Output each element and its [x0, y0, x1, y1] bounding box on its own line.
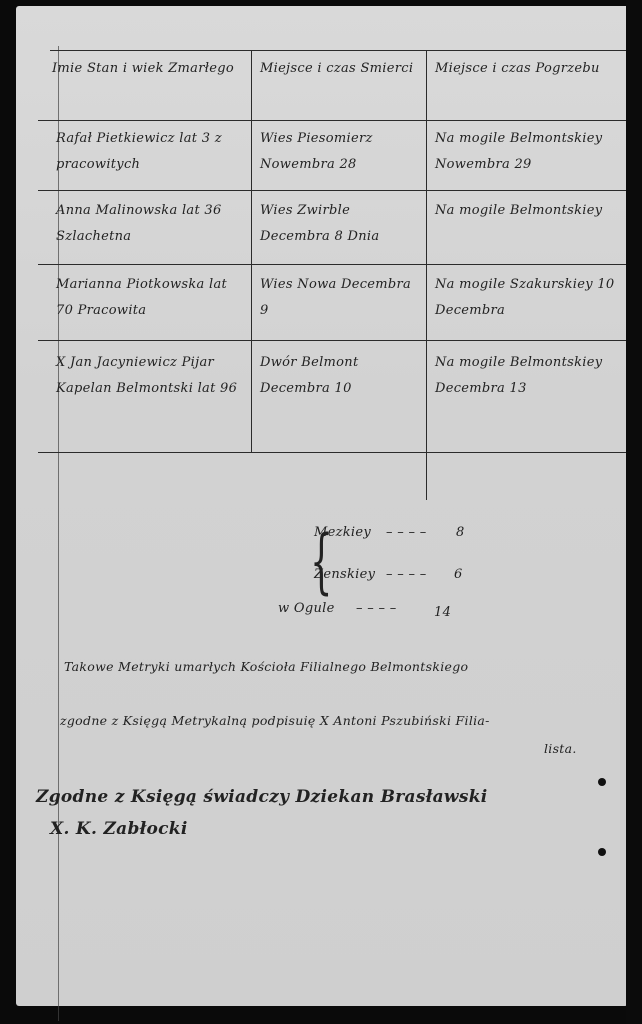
row1-death: Wies Piesomierz Nowembra 28	[254, 124, 426, 180]
certification-line2: zgodne z Księgą Metrykalną podpisuię X A…	[60, 708, 490, 734]
row3-name: Marianna Piotkowska lat 70 Pracowita	[50, 270, 250, 326]
margin-rule	[58, 46, 59, 1021]
binding-hole-bottom	[598, 848, 606, 856]
row4-bottom-rule	[38, 452, 628, 453]
female-count: 6	[454, 562, 463, 588]
header-bottom-rule	[38, 120, 628, 121]
row4-death: Dwór Belmont Decembra 10	[254, 348, 426, 404]
male-count: 8	[456, 520, 465, 546]
row2-name: Anna Malinowska lat 36 Szlachetna	[50, 196, 250, 252]
female-label: Zenskiey	[314, 562, 375, 588]
row2-burial: Na mogile Belmontskiey	[429, 196, 625, 226]
header-name: Imie Stan i wiek Zmarłego	[46, 54, 251, 84]
male-leader: – – – –	[386, 520, 427, 546]
certification-line1: Takowe Metryki umarłych Kościoła Filialn…	[64, 654, 468, 680]
row1-name: Rafał Pietkiewicz lat 3 z pracowitych	[50, 124, 250, 180]
row4-burial: Na mogile Belmontskiey Decembra 13	[429, 348, 625, 404]
row2-death: Wies Zwirble Decembra 8 Dnia	[254, 196, 426, 252]
table-top-rule	[50, 50, 630, 51]
row4-name: X Jan Jacyniewicz Pijar Kapelan Belmonts…	[50, 348, 250, 404]
scanned-page: Imie Stan i wiek Zmarłego Miejsce i czas…	[16, 6, 628, 1006]
header-death: Miejsce i czas Smierci	[254, 54, 426, 84]
header-burial: Miejsce i czas Pogrzebu	[429, 54, 625, 84]
female-leader: – – – –	[386, 562, 427, 588]
total-count: 14	[434, 600, 451, 626]
attestation-line2: X. K. Zabłocki	[50, 816, 188, 842]
binding-hole-top	[598, 778, 606, 786]
scan-border	[626, 0, 642, 1024]
row2-bottom-rule	[38, 264, 628, 265]
total-label: w Ogule	[278, 596, 335, 622]
col1-divider	[251, 50, 252, 452]
row3-bottom-rule	[38, 340, 628, 341]
attestation-line1: Zgodne z Księgą świadczy Dziekan Brasław…	[36, 784, 488, 810]
col2-divider	[426, 50, 427, 500]
row1-burial: Na mogile Belmontskiey Nowembra 29	[429, 124, 625, 180]
total-leader: – – – –	[356, 596, 397, 622]
male-label: Mezkiey	[314, 520, 371, 546]
certification-line3: lista.	[544, 736, 577, 762]
row1-bottom-rule	[38, 190, 628, 191]
row3-death: Wies Nowa Decembra 9	[254, 270, 426, 326]
row3-burial: Na mogile Szakurskiey 10 Decembra	[429, 270, 625, 326]
